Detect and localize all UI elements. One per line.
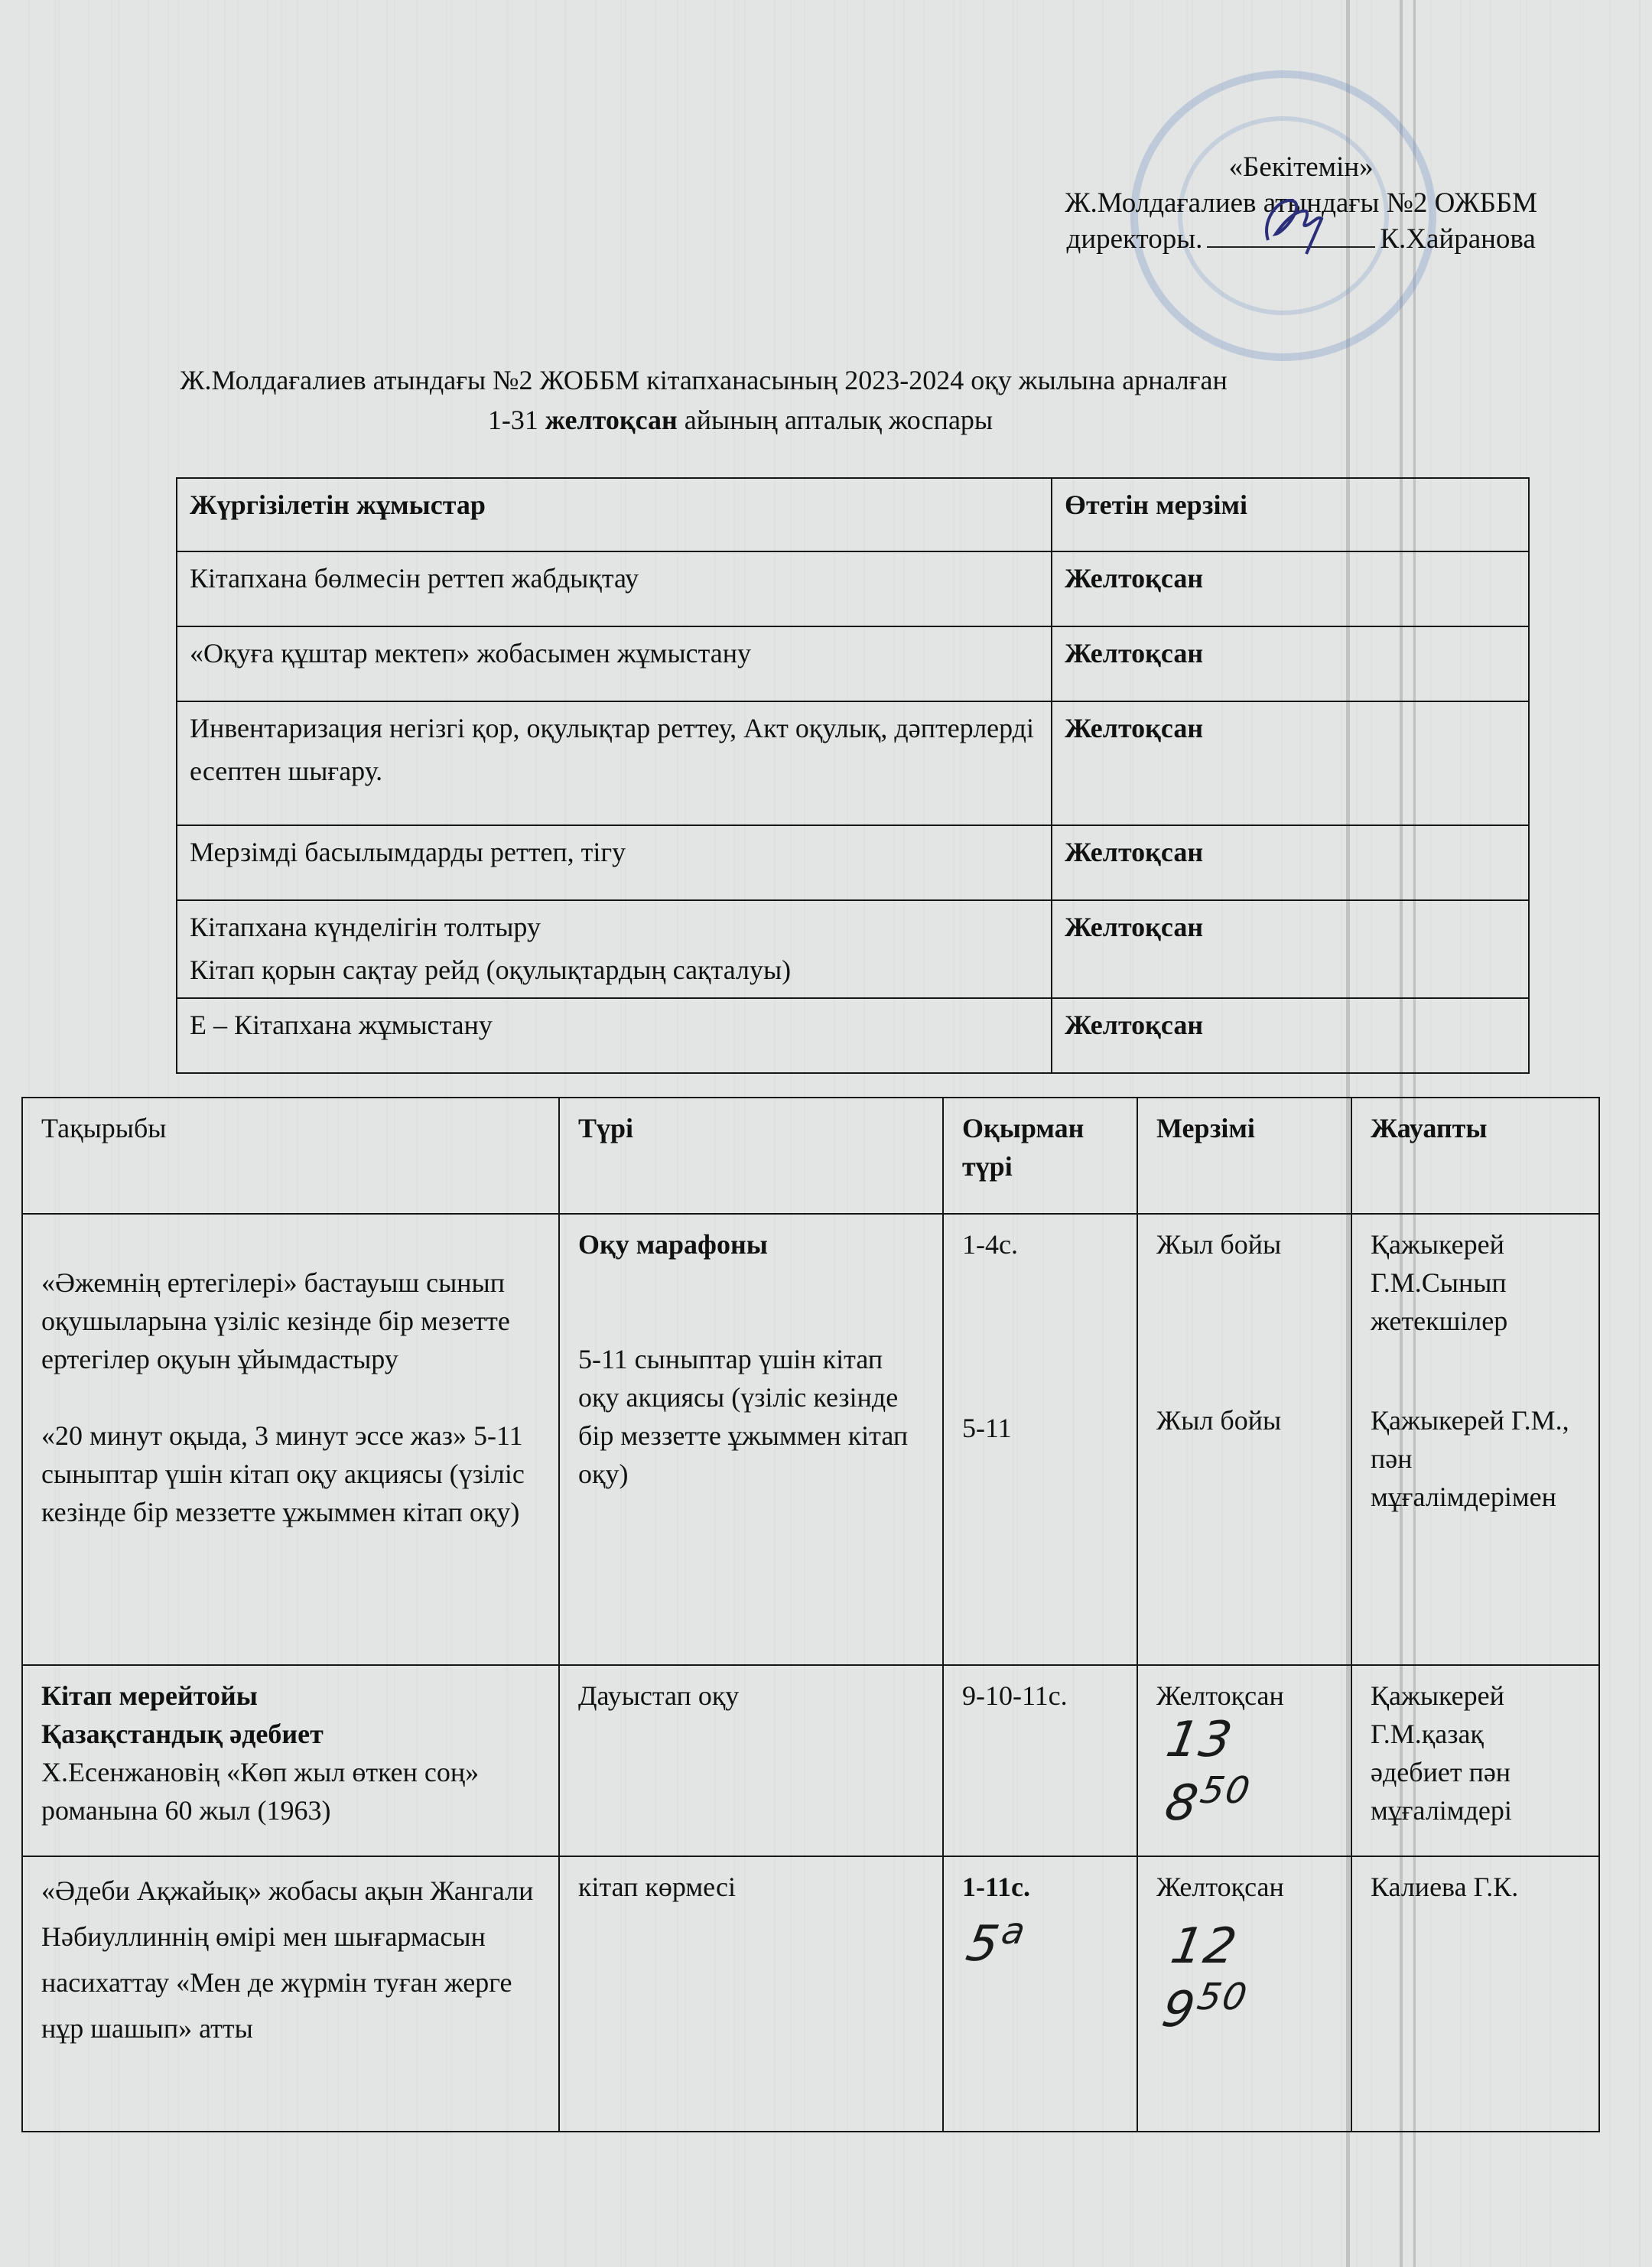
table-header-row: Жүргізілетін жұмыстар Өтетін мерзімі (177, 478, 1529, 551)
task-cell: Инвентаризация негізгі қор, оқулықтар ре… (177, 701, 1052, 825)
date-cell: Жыл бойы Жыл бойы (1137, 1214, 1351, 1665)
director-name: К.Хайранова (1380, 223, 1536, 255)
task-cell: Е – Кітапхана жұмыстану (177, 998, 1052, 1073)
header-deadline: Өтетін мерзімі (1052, 478, 1529, 551)
header-date: Мерзімі (1137, 1098, 1351, 1214)
subtitle-suffix: айының апталық жоспары (678, 405, 993, 435)
header-type: Түрі (559, 1098, 943, 1214)
audience-cell: 9-10-11с. (943, 1665, 1137, 1856)
table-row: «Әжемнің ертегілері» бастауыш сынып оқуш… (22, 1214, 1599, 1665)
table-row: «Әдеби Ақжайық» жобасы ақын Жангали Нәби… (22, 1856, 1599, 2132)
type-cell: кітап көрмесі (559, 1856, 943, 2132)
handwritten-day: 13 (1163, 1715, 1337, 1765)
audience-text: 1-4с. (962, 1225, 1118, 1264)
document-subtitle: 1-31 желтоқсан айының апталық жоспары (0, 399, 1566, 441)
date-text: Жыл бойы (1156, 1225, 1332, 1264)
date-text: Жыл бойы (1156, 1401, 1332, 1439)
handwritten-minutes: 50 (1197, 1769, 1254, 1812)
deadline-cell: Желтоқсан (1052, 701, 1529, 825)
task-line: Кітапхана күнделігін толтыру (190, 906, 1039, 948)
document-title: Ж.Молдағалиев атындағы №2 ЖОББМ кітапхан… (0, 359, 1530, 401)
header-tasks: Жүргізілетін жұмыстар (177, 478, 1052, 551)
table-header-row: Тақырыбы Түрі Оқырман түрі Мерзімі Жауап… (22, 1098, 1599, 1214)
spacer (1156, 1264, 1332, 1401)
events-table: Тақырыбы Түрі Оқырман түрі Мерзімі Жауап… (21, 1097, 1600, 2132)
deadline-cell: Желтоқсан (1052, 626, 1529, 701)
responsible-text: Қажыкерей Г.М., пән мұғалімдерімен (1371, 1401, 1580, 1516)
responsible-cell: Калиева Г.К. (1351, 1856, 1599, 2132)
table-row: Инвентаризация негізгі қор, оқулықтар ре… (177, 701, 1529, 825)
task-cell: «Оқуға құштар мектеп» жобасымен жұмыстан… (177, 626, 1052, 701)
spacer (41, 1225, 540, 1264)
topic-heading: Кітап мерейтойы (41, 1677, 540, 1715)
handwritten-class-number: 5 (962, 1916, 1005, 1973)
handwritten-day: 12 (1167, 1921, 1337, 1972)
table-row: Кітапхана күнделігін толтыру Кітап қорын… (177, 900, 1529, 998)
spacer (41, 1378, 540, 1416)
handwritten-class: 5а (963, 1906, 1124, 1969)
type-cell: Оқу марафоны 5-11 сыныптар үшін кітап оқ… (559, 1214, 943, 1665)
subtitle-month: желтоқсан (545, 405, 678, 435)
spacer (962, 1264, 1118, 1409)
topic-cell: «Әдеби Ақжайық» жобасы ақын Жангали Нәби… (22, 1856, 559, 2132)
table-row: «Оқуға құштар мектеп» жобасымен жұмыстан… (177, 626, 1529, 701)
handwritten-hour: 8 (1161, 1775, 1204, 1832)
topic-cell: «Әжемнің ертегілері» бастауыш сынып оқуш… (22, 1214, 559, 1665)
audience-text: 1-11с. (962, 1868, 1118, 1906)
date-text: Желтоқсан (1156, 1677, 1332, 1715)
handwritten-hour: 9 (1158, 1982, 1201, 2038)
topic-cell: Кітап мерейтойы Қазақстандық әдебиет Х.Е… (22, 1665, 559, 1856)
spacer (1371, 1340, 1580, 1401)
table-row: Е – Кітапхана жұмыстану Желтоқсан (177, 998, 1529, 1073)
type-text: 5-11 сыныптар үшін кітап оқу акциясы (үз… (578, 1340, 924, 1493)
responsible-cell: Қажыкерей Г.М.Сынып жетекшілер Қажыкерей… (1351, 1214, 1599, 1665)
deadline-cell: Желтоқсан (1052, 900, 1529, 998)
date-cell: Желтоқсан 13 850 (1137, 1665, 1351, 1856)
audience-cell: 1-11с. 5а (943, 1856, 1137, 2132)
task-cell: Мерзімді басылымдарды реттеп, тігу (177, 825, 1052, 900)
type-text: Оқу марафоны (578, 1225, 924, 1264)
header-audience: Оқырман түрі (943, 1098, 1137, 1214)
approval-signature-row: директоры.К.Хайранова (1065, 221, 1537, 257)
handwritten-time: 950 (1159, 1972, 1338, 2035)
table-row: Кітапхана бөлмесін реттеп жабдықтау Желт… (177, 551, 1529, 626)
responsible-cell: Қажыкерей Г.М.қазақ әдебиет пән мұғалімд… (1351, 1665, 1599, 1856)
table-row: Мерзімді басылымдарды реттеп, тігу Желто… (177, 825, 1529, 900)
date-text: Желтоқсан (1156, 1868, 1332, 1906)
signature-line (1207, 223, 1375, 248)
topic-text: «20 минут оқыда, 3 минут эссе жаз» 5-11 … (41, 1416, 540, 1531)
audience-text: 5-11 (962, 1409, 1118, 1447)
header-responsible: Жауапты (1351, 1098, 1599, 1214)
task-line: Кітап қорын сақтау рейд (оқулықтардың са… (190, 948, 1039, 991)
task-cell: Кітапхана күнделігін толтыру Кітап қорын… (177, 900, 1052, 998)
topic-text: «Әжемнің ертегілері» бастауыш сынып оқуш… (41, 1264, 540, 1378)
subtitle-prefix: 1-31 (488, 405, 545, 435)
deadline-cell: Желтоқсан (1052, 998, 1529, 1073)
date-cell: Желтоқсан 12 950 (1137, 1856, 1351, 2132)
topic-text: Х.Есенжановің «Көп жыл өткен соң» романы… (41, 1753, 540, 1830)
approval-role: директоры. (1067, 223, 1203, 255)
topic-text: «Әдеби Ақжайық» жобасы ақын Жангали Нәби… (41, 1875, 533, 2044)
header-topic: Тақырыбы (22, 1098, 559, 1214)
handwritten-minutes: 50 (1194, 1976, 1251, 2018)
deadline-cell: Желтоқсан (1052, 551, 1529, 626)
signature-icon (1253, 187, 1337, 255)
work-table: Жүргізілетін жұмыстар Өтетін мерзімі Кіт… (176, 477, 1530, 1074)
responsible-text: Қажыкерей Г.М.Сынып жетекшілер (1371, 1225, 1580, 1340)
type-cell: Дауыстап оқу (559, 1665, 943, 1856)
audience-cell: 1-4с. 5-11 (943, 1214, 1137, 1665)
spacer (578, 1264, 924, 1340)
approval-heading: «Бекітемін» (1065, 149, 1537, 185)
approval-block: «Бекітемін» Ж.Молдағалиев атындағы №2 ОЖ… (1065, 149, 1537, 257)
task-cell: Кітапхана бөлмесін реттеп жабдықтау (177, 551, 1052, 626)
handwritten-time: 850 (1162, 1765, 1338, 1829)
deadline-cell: Желтоқсан (1052, 825, 1529, 900)
topic-heading: Қазақстандық әдебиет (41, 1715, 540, 1753)
table-row: Кітап мерейтойы Қазақстандық әдебиет Х.Е… (22, 1665, 1599, 1856)
